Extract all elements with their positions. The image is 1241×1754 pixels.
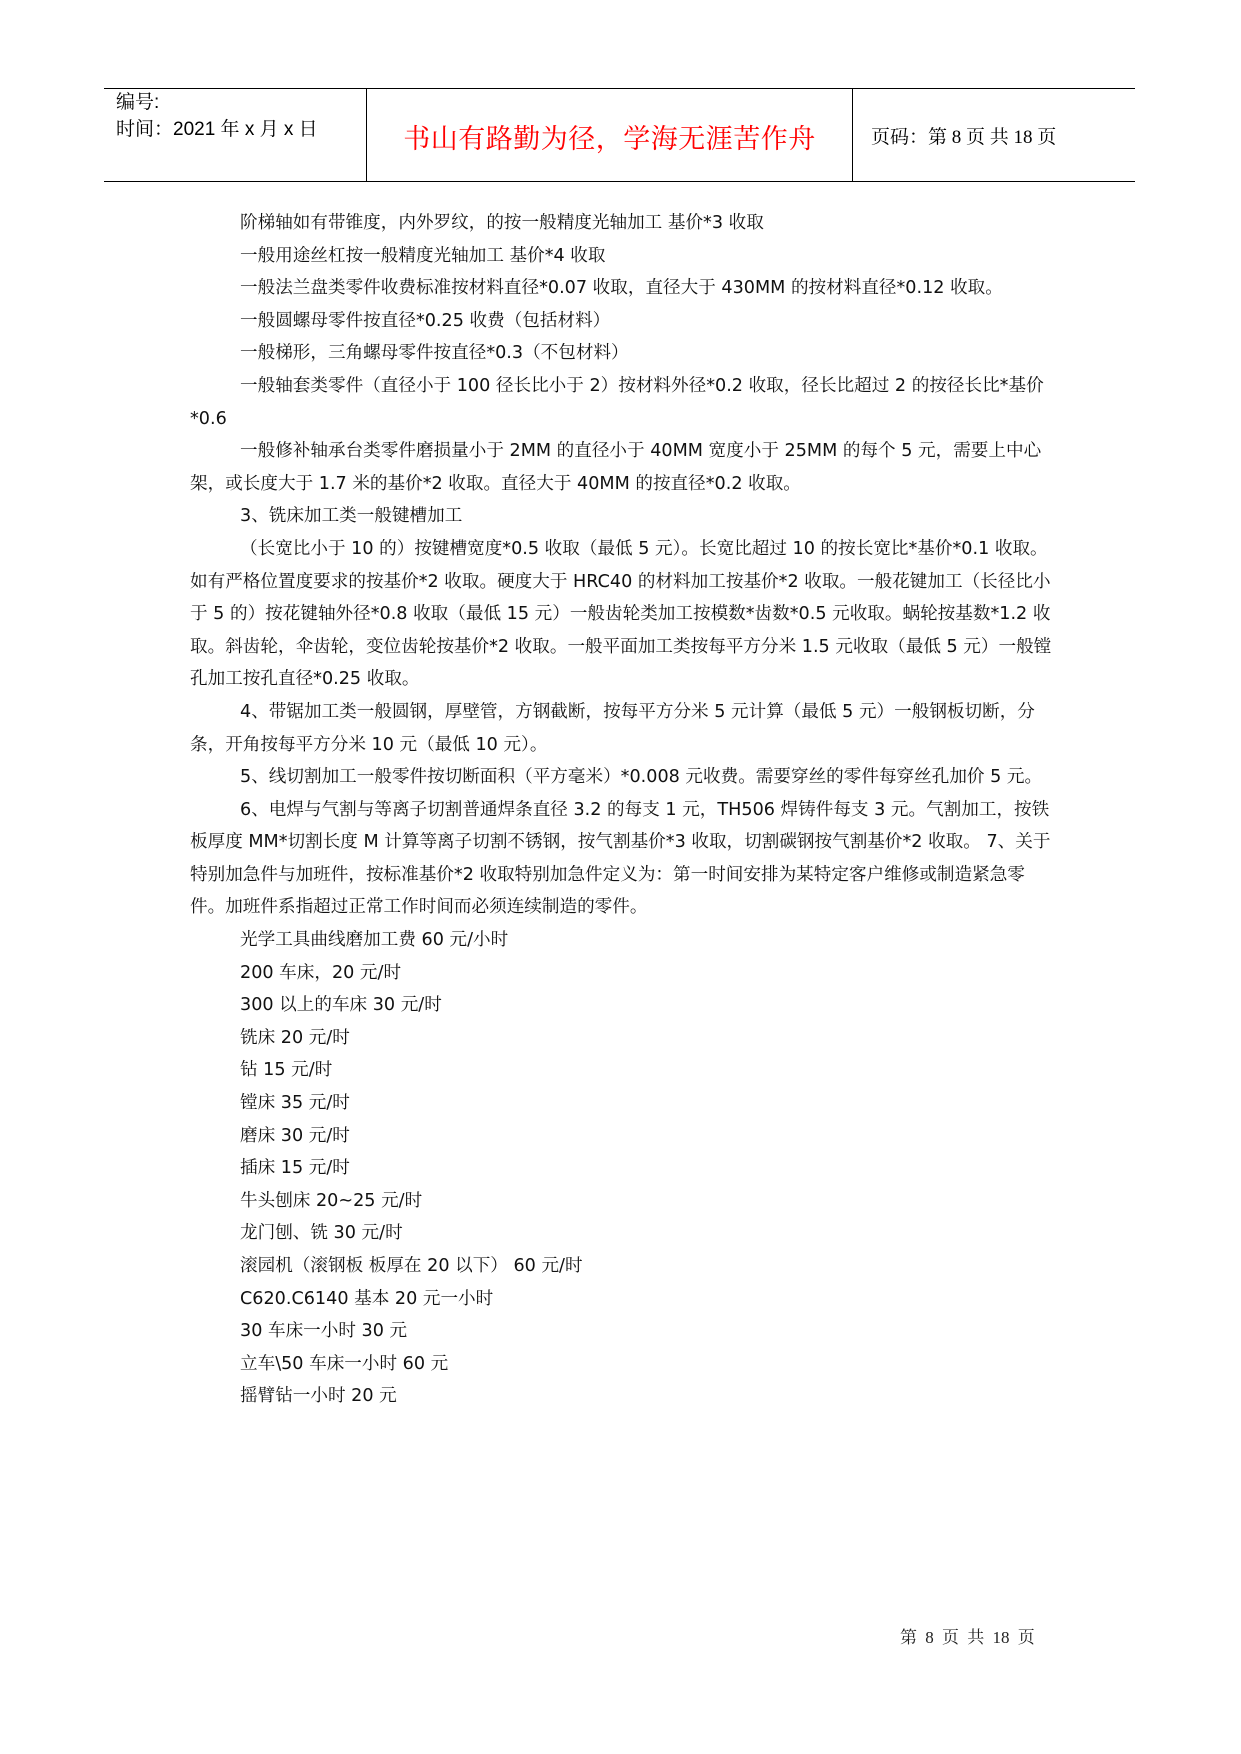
paragraph-welding: 6、电焊与气割与等离子切割普通焊条直径 3.2 的每支 1 元，TH506 焊铸… xyxy=(190,794,1060,924)
paragraph-trapezoid-nut: 一般梯形，三角螺母零件按直径*0.3（不包材料） xyxy=(190,337,1060,370)
paragraph-round-nut: 一般圆螺母零件按直径*0.25 收费（包括材料） xyxy=(190,305,1060,338)
header-motto-cell: 书山有路勤为径，学海无涯苦作舟 xyxy=(367,89,853,181)
paragraph-bearing-repair: 一般修补轴承台类零件磨损量小于 2MM 的直径小于 40MM 宽度小于 25MM… xyxy=(190,435,1060,500)
paragraph-band-saw: 4、带锯加工类一般圆钢，厚壁管，方钢截断，按每平方分米 5 元计算（最低 5 元… xyxy=(190,696,1060,761)
rate-item: 铣床 20 元/时 xyxy=(190,1022,1060,1055)
paragraph-stepped-shaft: 阶梯轴如有带锥度，内外罗纹，的按一般精度光轴加工 基价*3 收取 xyxy=(190,207,1060,240)
rate-item: 磨床 30 元/时 xyxy=(190,1120,1060,1153)
paragraph-lead-screw: 一般用途丝杠按一般精度光轴加工 基价*4 收取 xyxy=(190,240,1060,273)
rate-item: 300 以上的车床 30 元/时 xyxy=(190,989,1060,1022)
date-label: 时间：2021 年 x 月 x 日 xyxy=(116,119,318,141)
rate-item: 牛头刨床 20~25 元/时 xyxy=(190,1185,1060,1218)
rate-item: 滚园机（滚钢板 板厚在 20 以下） 60 元/时 xyxy=(190,1250,1060,1283)
hourly-rates-list: 光学工具曲线磨加工费 60 元/小时 200 车床，20 元/时 300 以上的… xyxy=(190,924,1060,1413)
page-header: 编号: 时间：2021 年 x 月 x 日 书山有路勤为径，学海无涯苦作舟 页码… xyxy=(104,88,1135,182)
rate-item: 30 车床一小时 30 元 xyxy=(190,1315,1060,1348)
document-body: 阶梯轴如有带锥度，内外罗纹，的按一般精度光轴加工 基价*3 收取 一般用途丝杠按… xyxy=(190,207,1060,1413)
paragraph-milling: （长宽比小于 10 的）按键槽宽度*0.5 收取（最低 5 元）。长宽比超过 1… xyxy=(190,533,1060,696)
page-code: 页码：第 8 页 共 18 页 xyxy=(871,122,1056,149)
page-footer: 第 8 页 共 18 页 xyxy=(900,1623,1035,1648)
paragraph-wire-cut: 5、线切割加工一般零件按切断面积（平方毫米）*0.008 元收费。需要穿丝的零件… xyxy=(190,761,1060,794)
serial-number-label: 编号: xyxy=(116,92,159,114)
paragraph-flange: 一般法兰盘类零件收费标准按材料直径*0.07 收取，直径大于 430MM 的按材… xyxy=(190,272,1060,305)
motto-text: 书山有路勤为径，学海无涯苦作舟 xyxy=(403,117,816,156)
paragraph-bushing: 一般轴套类零件（直径小于 100 径长比小于 2）按材料外径*0.2 收取，径长… xyxy=(190,370,1060,435)
header-meta-cell: 编号: 时间：2021 年 x 月 x 日 xyxy=(104,89,367,181)
rate-item: 钻 15 元/时 xyxy=(190,1054,1060,1087)
section-milling-heading: 3、铣床加工类一般键槽加工 xyxy=(190,500,1060,533)
rate-item: 插床 15 元/时 xyxy=(190,1152,1060,1185)
rate-item: 摇臂钻一小时 20 元 xyxy=(190,1380,1060,1413)
rate-item: 200 车床，20 元/时 xyxy=(190,957,1060,990)
rate-item: 光学工具曲线磨加工费 60 元/小时 xyxy=(190,924,1060,957)
header-page-cell: 页码：第 8 页 共 18 页 xyxy=(853,89,1135,181)
rate-item: C620.C6140 基本 20 元一小时 xyxy=(190,1283,1060,1316)
rate-item: 立车\50 车床一小时 60 元 xyxy=(190,1348,1060,1381)
rate-item: 龙门刨、铣 30 元/时 xyxy=(190,1217,1060,1250)
rate-item: 镗床 35 元/时 xyxy=(190,1087,1060,1120)
